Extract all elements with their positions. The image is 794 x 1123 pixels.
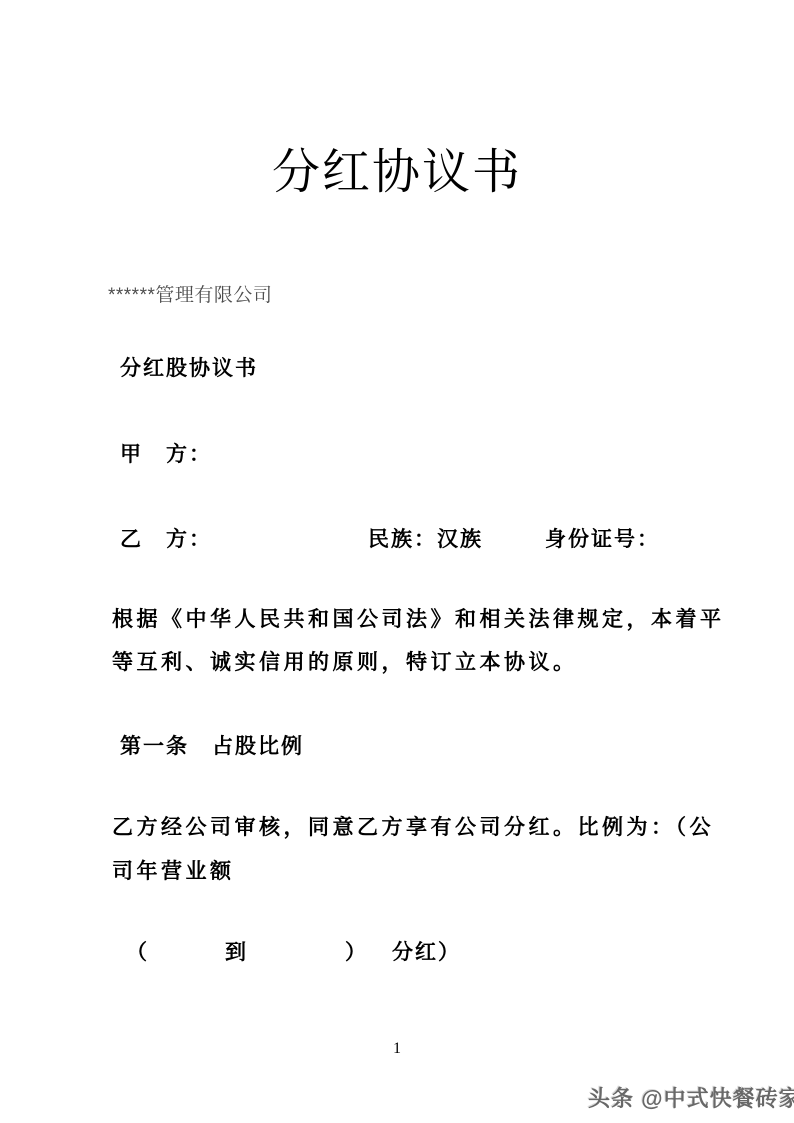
party-a-label: 甲 方： [120, 443, 212, 466]
ethnicity-field: 民族：汉族 [368, 528, 483, 551]
toutiao-watermark: 头条 @中式快餐砖家 [588, 1082, 794, 1113]
clause-1-line-1: 乙方经公司审核，同意乙方享有公司分红。比例为：（公 [112, 816, 714, 839]
preamble-line-2: 等互利、诚实信用的原则，特订立本协议。 [112, 651, 578, 674]
document-page: 分红协议书 ******管理有限公司 分红股协议书 甲 方： 乙 方： 民族：汉… [0, 0, 794, 1123]
blank-bracket-tail: 分红） [392, 941, 461, 964]
page-number: 1 [0, 1040, 794, 1058]
party-b-label: 乙 方： [120, 528, 212, 551]
document-title: 分红协议书 [0, 133, 794, 202]
clause-1-line-2: 司年营业额 [112, 860, 235, 883]
clause-1-heading: 第一条 占股比例 [120, 735, 304, 758]
blank-bracket-open: （ [126, 941, 149, 964]
id-number-label: 身份证号： [545, 528, 660, 551]
blank-range-to: 到 [225, 941, 248, 964]
company-name-line: ******管理有限公司 [108, 280, 272, 307]
blank-bracket-close: ） [345, 941, 368, 964]
preamble-line-1: 根据《中华人民共和国公司法》和相关法律规定，本着平 [112, 608, 725, 631]
document-subtitle: 分红股协议书 [120, 357, 258, 380]
